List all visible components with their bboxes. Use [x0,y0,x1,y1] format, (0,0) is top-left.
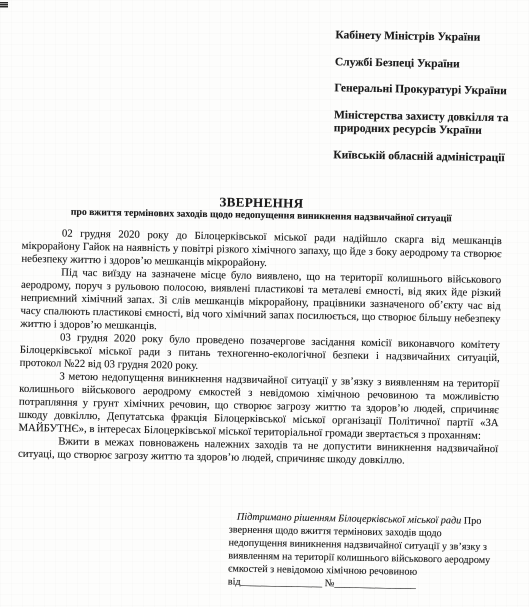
date-label: від [228,576,241,587]
body-paragraph: З метою недопущення виникнення надзвичай… [18,370,499,443]
body-paragraph: Під час виїзду на зазначене місце було в… [20,266,501,339]
addressee-line: Генеральні Прокуратурі України [334,82,514,99]
addressee-line: Кабінету Міністрів України [335,29,515,46]
scanned-document-page: Кабінету Міністрів України Службі Безпец… [0,0,529,607]
number-label: № [325,578,335,589]
addressee-line: Міністерства захисту довкілля та природн… [334,109,514,139]
addressee-line: Київській обласній адміністрації [333,149,513,166]
document-body: 02 грудня 2020 року до Білоцерківської м… [18,227,502,469]
title-block: ЗВЕРНЕННЯ про вжиття термінових заходів … [20,192,502,226]
resolution-text: Підтримано рішенням Білоцерківської місь… [228,510,491,580]
number-blank-line: ________________ [334,578,416,590]
document-sheet: Кабінету Міністрів України Службі Безпец… [0,0,529,607]
addressee-line: Службі Безпеці України [335,56,515,73]
date-blank-line: ________________ [241,577,323,589]
resolution-note: Підтримано рішенням Білоцерківської місь… [228,510,491,593]
addressee-block: Кабінету Міністрів України Службі Безпец… [333,29,516,178]
